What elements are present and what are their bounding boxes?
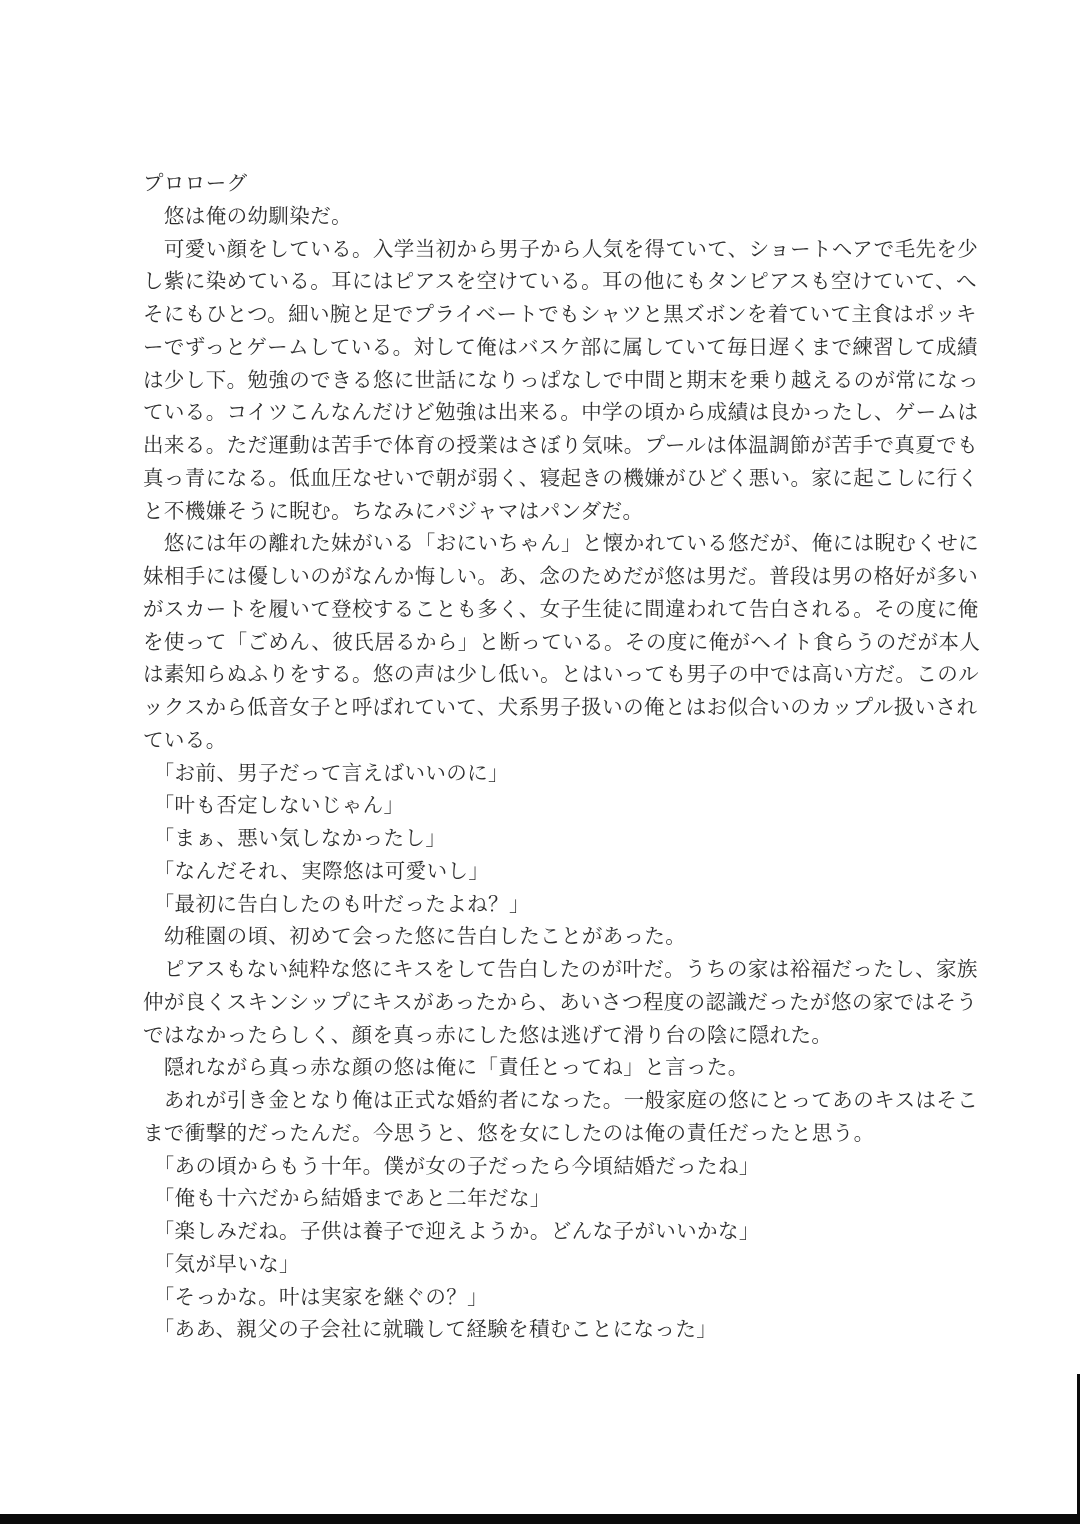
- text-line: 出来る。ただ運動は苦手で体育の授業はさぼり気味。プールは体温調節が苦手で真夏でも: [143, 430, 933, 463]
- text-line: 仲が良くスキンシップにキスがあったから、あいさつ程度の認識だったが悠の家ではそう: [143, 987, 933, 1020]
- text-line: ている。コイツこんなんだけど勉強は出来る。中学の頃から成績は良かったし、ゲームは: [143, 397, 933, 430]
- text-line: 「ああ、親父の子会社に就職して経験を積むことになった」: [143, 1314, 933, 1347]
- chapter-title: プロローグ: [143, 168, 933, 201]
- text-line: 「俺も十六だから結婚まであと二年だな」: [143, 1183, 933, 1216]
- text-line: 「叶も否定しないじゃん」: [143, 790, 933, 823]
- text-line: し紫に染めている。耳にはピアスを空けている。耳の他にもタンピアスも空けていて、へ: [143, 266, 933, 299]
- text-line: ではなかったらしく、顔を真っ赤にした悠は逃げて滑り台の陰に隠れた。: [143, 1020, 933, 1053]
- text-line: がスカートを履いて登校することも多く、女子生徒に間違われて告白される。その度に俺: [143, 594, 933, 627]
- text-line: 真っ青になる。低血圧なせいで朝が弱く、寝起きの機嫌がひどく悪い。家に起こしに行く: [143, 463, 933, 496]
- text-line: と不機嫌そうに睨む。ちなみにパジャマはパンダだ。: [143, 496, 933, 529]
- text-line: 「楽しみだね。子供は養子で迎えようか。どんな子がいいかな」: [143, 1216, 933, 1249]
- text-line: 妹相手には優しいのがなんか悔しい。あ、念のためだが悠は男だ。普段は男の格好が多い: [143, 561, 933, 594]
- text-line: ックスから低音女子と呼ばれていて、犬系男子扱いの俺とはお似合いのカップル扱いされ: [143, 692, 933, 725]
- text-line: 「まぁ、悪い気しなかったし」: [143, 823, 933, 856]
- novel-page: プロローグ 悠は俺の幼馴染だ。 可愛い顔をしている。入学当初から男子から人気を得…: [0, 0, 1080, 1524]
- text-line: 幼稚園の頃、初めて会った悠に告白したことがあった。: [143, 921, 933, 954]
- text-line: あれが引き金となり俺は正式な婚約者になった。一般家庭の悠にとってあのキスはそこ: [143, 1085, 933, 1118]
- text-line: ピアスもない純粋な悠にキスをして告白したのが叶だ。うちの家は裕福だったし、家族: [143, 954, 933, 987]
- text-line: 「気が早いな」: [143, 1249, 933, 1282]
- text-line: 「最初に告白したのも叶だったよね？」: [143, 889, 933, 922]
- scan-edge-bottom: [0, 1514, 1080, 1524]
- text-line: 「そっかな。叶は実家を継ぐの？」: [143, 1282, 933, 1315]
- text-line: ーでずっとゲームしている。対して俺はバスケ部に属していて毎日遅くまで練習して成績: [143, 332, 933, 365]
- text-line: は少し下。勉強のできる悠に世話になりっぱなしで中間と期末を乗り越えるのが常になっ: [143, 365, 933, 398]
- text-line: を使って「ごめん、彼氏居るから」と断っている。その度に俺がヘイト食らうのだが本人: [143, 627, 933, 660]
- text-line: 悠には年の離れた妹がいる「おにいちゃん」と懐かれている悠だが、俺には睨むくせに: [143, 528, 933, 561]
- text-line: 「なんだそれ、実際悠は可愛いし」: [143, 856, 933, 889]
- text-line: 可愛い顔をしている。入学当初から男子から人気を得ていて、ショートヘアで毛先を少: [143, 234, 933, 267]
- text-line: そにもひとつ。細い腕と足でプライベートでもシャツと黒ズボンを着ていて主食はポッキ: [143, 299, 933, 332]
- text-line: 悠は俺の幼馴染だ。: [143, 201, 933, 234]
- text-line: 「お前、男子だって言えばいいのに」: [143, 758, 933, 791]
- text-block: プロローグ 悠は俺の幼馴染だ。 可愛い顔をしている。入学当初から男子から人気を得…: [143, 168, 933, 1347]
- text-line: 隠れながら真っ赤な顔の悠は俺に「責任とってね」と言った。: [143, 1052, 933, 1085]
- text-line: 「あの頃からもう十年。僕が女の子だったら今頃結婚だったね」: [143, 1151, 933, 1184]
- text-line: まで衝撃的だったんだ。今思うと、悠を女にしたのは俺の責任だったと思う。: [143, 1118, 933, 1151]
- text-line: は素知らぬふりをする。悠の声は少し低い。とはいっても男子の中では高い方だ。このル: [143, 659, 933, 692]
- text-line: ている。: [143, 725, 933, 758]
